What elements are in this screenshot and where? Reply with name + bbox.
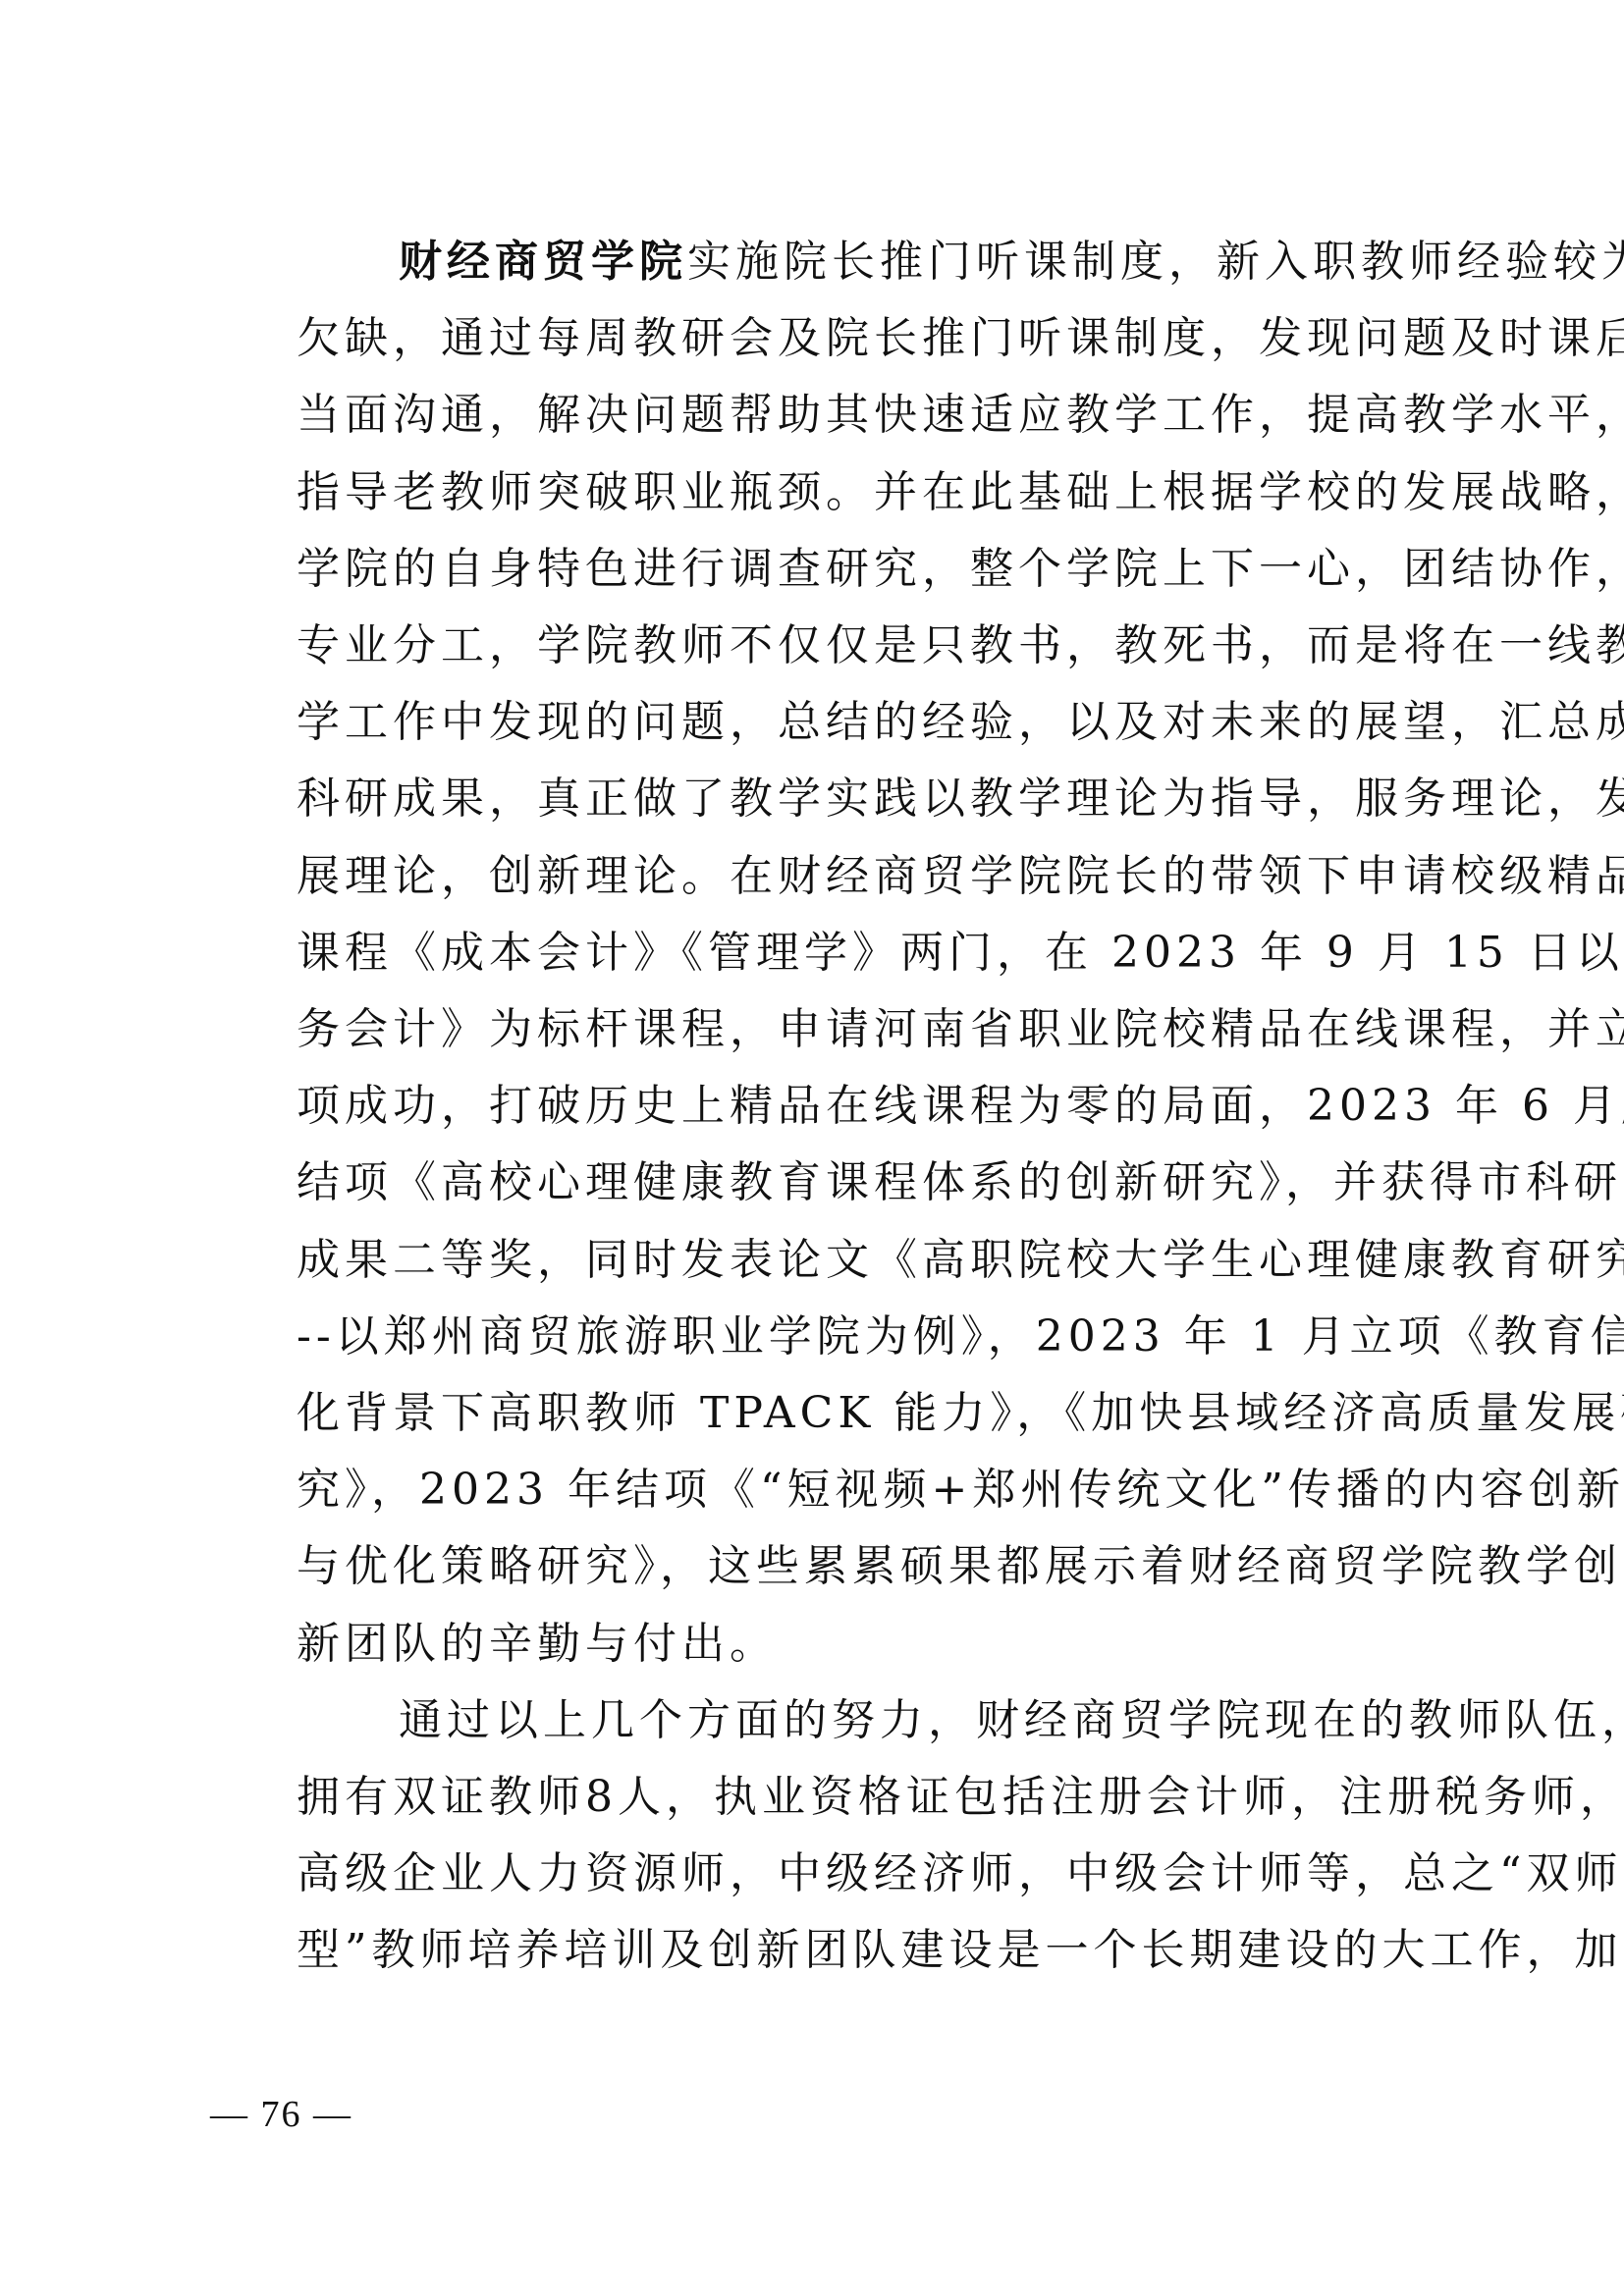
text-line: 化背景下高职教师 TPACK 能力》，《加快县域经济高质量发展研 <box>210 1375 1416 1452</box>
text-line: 成果二等奖，同时发表论文《高职院校大学生心理健康教育研究 <box>210 1222 1416 1299</box>
text-line: 究》，2023 年结项《“短视频+郑州传统文化”传播的内容创新 <box>210 1452 1416 1528</box>
text-line: 项成功，打破历史上精品在线课程为零的局面，2023 年 6 月顺利 <box>210 1068 1416 1145</box>
text-line: 拥有双证教师8人，执业资格证包括注册会计师，注册税务师， <box>210 1759 1416 1836</box>
page-number: — 76 — <box>210 2093 352 2136</box>
text-line: --以郑州商贸旅游职业学院为例》，2023 年 1 月立项《教育信息 <box>210 1299 1416 1375</box>
text-line: 展理论，创新理论。在财经商贸学院院长的带领下申请校级精品 <box>210 838 1416 915</box>
text-line: 与优化策略研究》，这些累累硕果都展示着财经商贸学院教学创 <box>210 1528 1416 1605</box>
text-line: 财经商贸学院实施院长推门听课制度，新入职教师经验较为 <box>210 224 1416 300</box>
document-page: 财经商贸学院实施院长推门听课制度，新入职教师经验较为 欠缺，通过每周教研会及院长… <box>0 0 1624 2296</box>
text-line: 科研成果，真正做了教学实践以教学理论为指导，服务理论，发 <box>210 761 1416 837</box>
text-line: 型”教师培养培训及创新团队建设是一个长期建设的大工作，加 <box>210 1912 1416 1989</box>
text-line: 通过以上几个方面的努力，财经商贸学院现在的教师队伍， <box>210 1682 1416 1759</box>
text-line: 课程《成本会计》《管理学》两门，在 2023 年 9 月 15 日以《财 <box>210 915 1416 991</box>
text-line: 学院的自身特色进行调查研究，整个学院上下一心，团结协作， <box>210 531 1416 608</box>
text-line: 新团队的辛勤与付出。 <box>210 1606 1416 1682</box>
text-line: 指导老教师突破职业瓶颈。并在此基础上根据学校的发展战略， <box>210 454 1416 531</box>
paragraph-1: 财经商贸学院实施院长推门听课制度，新入职教师经验较为 欠缺，通过每周教研会及院长… <box>210 224 1416 1682</box>
text-line: 专业分工，学院教师不仅仅是只教书，教死书，而是将在一线教 <box>210 608 1416 684</box>
text-line: 结项《高校心理健康教育课程体系的创新研究》，并获得市科研 <box>210 1145 1416 1221</box>
text-line: 高级企业人力资源师，中级经济师，中级会计师等，总之“双师 <box>210 1836 1416 1912</box>
paragraph-2: 通过以上几个方面的努力，财经商贸学院现在的教师队伍， 拥有双证教师8人，执业资格… <box>210 1682 1416 1990</box>
bold-lead-phrase: 财经商贸学院 <box>399 237 687 287</box>
text-line: 欠缺，通过每周教研会及院长推门听课制度，发现问题及时课后 <box>210 300 1416 377</box>
text-line: 务会计》为标杆课程，申请河南省职业院校精品在线课程，并立 <box>210 991 1416 1068</box>
text-line: 学工作中发现的问题，总结的经验，以及对未来的展望，汇总成 <box>210 684 1416 761</box>
body-text: 财经商贸学院实施院长推门听课制度，新入职教师经验较为 欠缺，通过每周教研会及院长… <box>210 224 1416 1990</box>
text-line: 当面沟通，解决问题帮助其快速适应教学工作，提高教学水平， <box>210 377 1416 454</box>
